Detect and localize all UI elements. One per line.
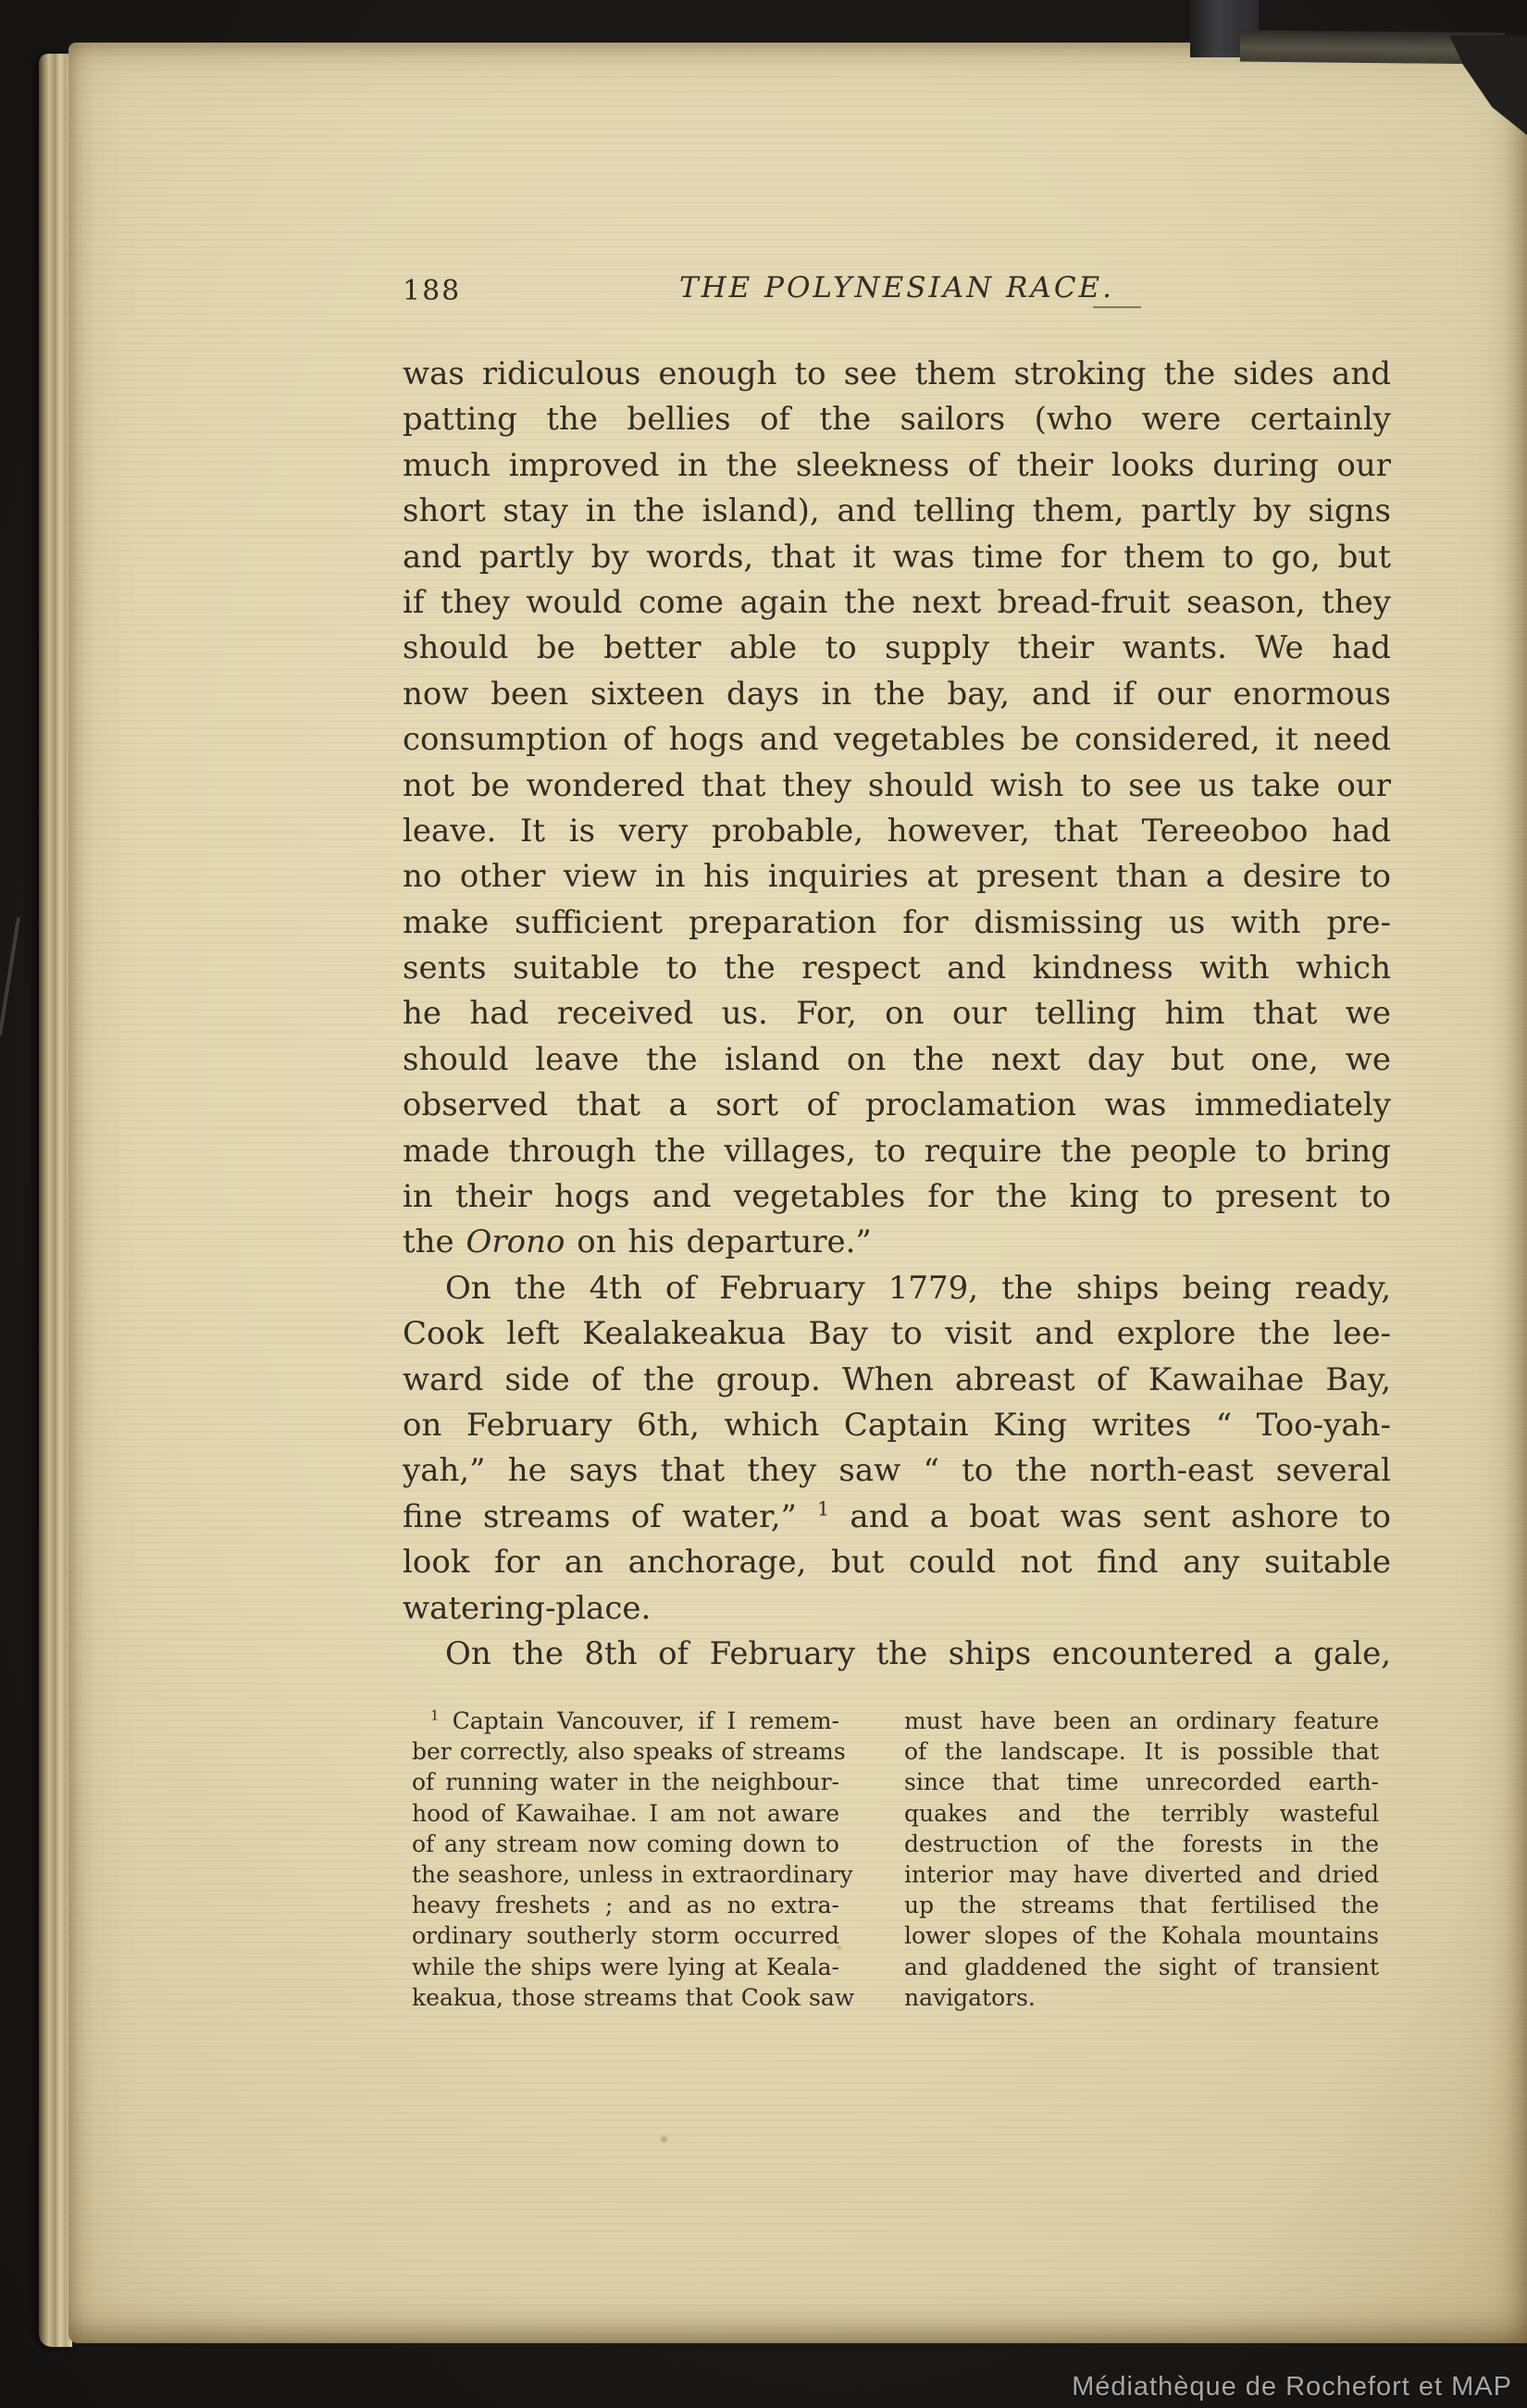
text-line: made through the villages, to require th… <box>403 1129 1391 1174</box>
text-line: and partly by words, that it was time fo… <box>403 535 1391 580</box>
book-page-edges <box>39 54 72 2347</box>
footnote-right-column: must have been an ordinary featureof the… <box>904 1706 1379 2013</box>
foxing-spot <box>1366 561 1371 565</box>
text-line: hood of Kawaihae. I am not aware <box>412 1798 839 1829</box>
text-line: up the streams that fertilised the <box>904 1890 1379 1920</box>
text-line: watering-place. <box>403 1586 1391 1632</box>
foxing-spot <box>837 1945 841 1950</box>
text-line: destruction of the forests in the <box>904 1829 1379 1859</box>
text-line: was ridiculous enough to see them stroki… <box>403 352 1391 397</box>
text-line: make sufficient preparation for dismissi… <box>403 900 1391 946</box>
text-line: ber correctly, also speaks of streams <box>412 1736 839 1767</box>
text-line: ward side of the group. When abreast of … <box>403 1358 1391 1403</box>
footnote: 1 Captain Vancouver, if I remem-ber corr… <box>412 1706 1434 2013</box>
footnote-left-column: 1 Captain Vancouver, if I remem-ber corr… <box>412 1706 839 2013</box>
text-line: yah,” he says that they saw “ to the nor… <box>403 1448 1391 1494</box>
text-line: ordinary southerly storm occurred <box>412 1920 839 1951</box>
text-line: while the ships were lying at Keala- <box>412 1952 839 1982</box>
text-line: no other view in his inquiries at presen… <box>403 854 1391 900</box>
text-line: lower slopes of the Kohala mountains <box>904 1920 1379 1951</box>
text-line: leave. It is very probable, however, tha… <box>403 809 1391 854</box>
text-line: of running water in the neighbour- <box>412 1767 839 1797</box>
running-title: THE POLYNESIAN RACE. <box>403 271 1391 304</box>
text-line: should be better able to supply their wa… <box>403 626 1391 671</box>
text-line: On the 8th of February the ships encount… <box>403 1632 1391 1677</box>
text-line: observed that a sort of proclamation was… <box>403 1083 1391 1128</box>
text-line: the Orono on his departure.” <box>403 1220 1391 1265</box>
text-line: and gladdened the sight of transient <box>904 1952 1379 1982</box>
text-line: not be wondered that they should wish to… <box>403 763 1391 809</box>
text-line: he had received us. For, on our telling … <box>403 991 1391 1036</box>
text-line: should leave the island on the next day … <box>403 1037 1391 1083</box>
text-line: heavy freshets ; and as no extra- <box>412 1890 839 1920</box>
text-line: much improved in the sleekness of their … <box>403 443 1391 489</box>
text-line: on February 6th, which Captain King writ… <box>403 1403 1391 1448</box>
book-page: 188 THE POLYNESIAN RACE. was ridiculous … <box>68 43 1527 2343</box>
backdrop-scratch <box>0 916 20 1036</box>
photo-backdrop: 188 THE POLYNESIAN RACE. was ridiculous … <box>0 0 1527 2408</box>
page-header: 188 THE POLYNESIAN RACE. <box>403 271 1391 310</box>
text-line: consumption of hogs and vegetables be co… <box>403 717 1391 763</box>
text-line: now been sixteen days in the bay, and if… <box>403 672 1391 717</box>
text-line: in their hogs and vegetables for the kin… <box>403 1174 1391 1220</box>
text-line: navigators. <box>904 1982 1379 2013</box>
text-line: short stay in the island), and telling t… <box>403 489 1391 534</box>
print-artifact-line <box>1093 306 1141 308</box>
text-line: must have been an ordinary feature <box>904 1706 1379 1736</box>
foxing-spot <box>661 2136 667 2142</box>
text-line: the seashore, unless in extraordinary <box>412 1859 839 1890</box>
text-line: of any stream now coming down to <box>412 1829 839 1859</box>
text-line: quakes and the terribly wasteful <box>904 1798 1379 1829</box>
text-line: look for an anchorage, but could not fin… <box>403 1540 1391 1585</box>
text-line: fine streams of water,” 1 and a boat was… <box>403 1495 1391 1540</box>
text-line: patting the bellies of the sailors (who … <box>403 397 1391 442</box>
body-text: was ridiculous enough to see them stroki… <box>403 352 1391 1677</box>
text-line: if they would come again the next bread-… <box>403 580 1391 626</box>
text-line: Cook left Kealakeakua Bay to visit and e… <box>403 1311 1391 1357</box>
text-line: since that time unrecorded earth- <box>904 1767 1379 1797</box>
text-line: of the landscape. It is possible that <box>904 1736 1379 1767</box>
watermark: Médiathèque de Rochefort et MAP <box>1072 2372 1512 2402</box>
text-line: On the 4th of February 1779, the ships b… <box>403 1266 1391 1311</box>
text-line: sents suitable to the respect and kindne… <box>403 946 1391 991</box>
text-line: 1 Captain Vancouver, if I remem- <box>412 1706 839 1736</box>
text-line: keakua, those streams that Cook saw <box>412 1982 839 2013</box>
text-line: interior may have diverted and dried <box>904 1859 1379 1890</box>
